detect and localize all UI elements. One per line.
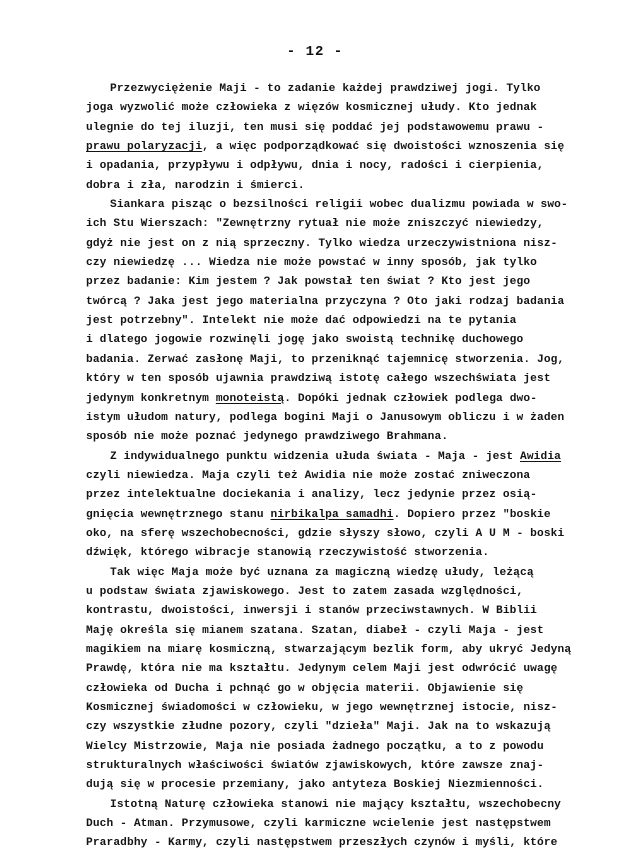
text-run: ulegnie do tej iluzji, ten musi się podd… [86,122,544,134]
text-run: Prawdę, która nie ma kształtu. Jedynym c… [86,663,558,675]
text-run: istym ułudom natury, podlega bogini Maji… [86,412,564,424]
text-run: Maję określa się mianem szatana. Szatan,… [86,625,544,637]
text-line: sposób nie może poznać jedynego prawdziw… [86,428,606,447]
text-line: istym ułudom natury, podlega bogini Maji… [86,409,606,428]
text-line: Praradbhy - Karmy, czyli następstwem prz… [86,834,606,853]
text-run: przez badanie: Kim jestem ? Jak powstał … [86,276,530,288]
text-line: czyli niewiedza. Maja czyli też Awidia n… [86,467,606,486]
text-run: czy wszystkie złudne pozory, czyli "dzie… [86,721,551,733]
text-line: Prawdę, która nie ma kształtu. Jedynym c… [86,660,606,679]
text-line: Istotną Naturę człowieka stanowi nie maj… [86,796,606,815]
text-line: przez badanie: Kim jestem ? Jak powstał … [86,273,606,292]
text-run: oko, na sferę wszechobecności, gdzie sły… [86,528,564,540]
text-run: Praradbhy - Karmy, czyli następstwem prz… [86,837,558,849]
text-line: dźwięk, którego wibracje stanowią rzeczy… [86,544,606,563]
text-run: jedynym konkretnym [86,393,216,405]
text-line: i dlatego jogowie rozwinęli jogę jako sw… [86,331,606,350]
text-line: dują się w procesie przemiany, jako anty… [86,776,606,795]
text-line: magikiem na miarę kosmiczną, stwarzający… [86,641,606,660]
text-line: Wielcy Mistrzowie, Maja nie posiada żadn… [86,738,606,757]
underlined-term: nirbikalpa samadhi [271,509,394,521]
text-line: Z indywidualnego punktu widzenia ułuda ś… [86,448,606,467]
text-line: Siankara pisząc o bezsilności religii wo… [86,196,606,215]
text-run: magikiem na miarę kosmiczną, stwarzający… [86,644,571,656]
text-run: gdyż nie jest on z nią sprzeczny. Tylko … [86,238,558,250]
text-run: gnięcia wewnętrznego stanu [86,509,271,521]
text-run: kontrastu, dwoistości, inwersji i stanów… [86,605,537,617]
text-run: joga wyzwolić może człowieka z więzów ko… [86,102,537,114]
text-run: . Dopiero przez "boskie [394,509,551,521]
text-line: Duch - Atman. Przymusowe, czyli karmiczn… [86,815,606,834]
text-run: czyli niewiedza. Maja czyli też Awidia n… [86,470,530,482]
text-run: czy niewiedzę ... Wiedza nie może powsta… [86,257,537,269]
underlined-term: prawu polaryzacji [86,141,202,153]
text-line: prawu polaryzacji, a więc podporządkować… [86,138,606,157]
text-line: czy wszystkie złudne pozory, czyli "dzie… [86,718,606,737]
text-line: ich Stu Wierszach: "Zewnętrzny rytuał ni… [86,215,606,234]
text-run: Siankara pisząc o bezsilności religii wo… [110,199,568,211]
text-run: Tak więc Maja może być uznana za magiczn… [110,567,534,579]
text-run: Przezwyciężenie Maji - to zadanie każdej… [110,83,541,95]
text-line: który w ten sposób ujawnia prawdziwą ist… [86,370,606,389]
text-line: badania. Zerwać zasłonę Maji, to przenik… [86,351,606,370]
text-line: ulegnie do tej iluzji, ten musi się podd… [86,119,606,138]
text-line: Tak więc Maja może być uznana za magiczn… [86,564,606,583]
text-run: sposób nie może poznać jedynego prawdziw… [86,431,448,443]
text-run: jest potrzebny". Intelekt nie może dać o… [86,315,517,327]
text-run: przez intelektualne dociekania i analizy… [86,489,537,501]
text-run: i opadania, przypływu i odpływu, dnia i … [86,160,544,172]
text-line: człowieka od Ducha i pchnąć go w objęcia… [86,680,606,699]
text-line: czy niewiedzę ... Wiedza nie może powsta… [86,254,606,273]
text-line: strukturalnych właściwości światów zjawi… [86,757,606,776]
text-run: Wielcy Mistrzowie, Maja nie posiada żadn… [86,741,544,753]
text-run: Duch - Atman. Przymusowe, czyli karmiczn… [86,818,551,830]
text-line: u podstaw świata zjawiskowego. Jest to z… [86,583,606,602]
text-run: dźwięk, którego wibracje stanowią rzeczy… [86,547,489,559]
text-line: Kosmicznej świadomości w człowieku, w je… [86,699,606,718]
underlined-term: monoteistą [216,393,284,405]
text-line: gnięcia wewnętrznego stanu nirbikalpa sa… [86,506,606,525]
text-line: i opadania, przypływu i odpływu, dnia i … [86,157,606,176]
text-run: , a więc podporządkować się dwoistości w… [202,141,564,153]
body-text: Przezwyciężenie Maji - to zadanie każdej… [86,80,606,854]
text-line: Maję określa się mianem szatana. Szatan,… [86,622,606,641]
text-run: strukturalnych właściwości światów zjawi… [86,760,544,772]
document-page: - 12 - Przezwyciężenie Maji - to zadanie… [0,0,630,856]
text-run: dują się w procesie przemiany, jako anty… [86,779,544,791]
text-line: twórcą ? Jaka jest jego materialna przyc… [86,293,606,312]
text-run: twórcą ? Jaka jest jego materialna przyc… [86,296,564,308]
text-run: ich Stu Wierszach: "Zewnętrzny rytuał ni… [86,218,544,230]
text-line: dobra i zła, narodzin i śmierci. [86,177,606,196]
text-line: joga wyzwolić może człowieka z więzów ko… [86,99,606,118]
page-number: - 12 - [0,44,630,60]
text-run: u podstaw świata zjawiskowego. Jest to z… [86,586,523,598]
text-line: jedynym konkretnym monoteistą. Dopóki je… [86,390,606,409]
underlined-term: Awidia [520,451,561,463]
text-run: człowieka od Ducha i pchnąć go w objęcia… [86,683,523,695]
text-line: gdyż nie jest on z nią sprzeczny. Tylko … [86,235,606,254]
text-run: dobra i zła, narodzin i śmierci. [86,180,305,192]
text-line: Przezwyciężenie Maji - to zadanie każdej… [86,80,606,99]
text-run: badania. Zerwać zasłonę Maji, to przenik… [86,354,564,366]
text-run: Z indywidualnego punktu widzenia ułuda ś… [110,451,520,463]
text-run: Istotną Naturę człowieka stanowi nie maj… [110,799,561,811]
text-run: . Dopóki jednak człowiek podlega dwo- [284,393,537,405]
text-line: kontrastu, dwoistości, inwersji i stanów… [86,602,606,621]
text-run: i dlatego jogowie rozwinęli jogę jako sw… [86,334,523,346]
text-line: przez intelektualne dociekania i analizy… [86,486,606,505]
text-run: Kosmicznej świadomości w człowieku, w je… [86,702,558,714]
text-line: jest potrzebny". Intelekt nie może dać o… [86,312,606,331]
text-line: oko, na sferę wszechobecności, gdzie sły… [86,525,606,544]
text-run: który w ten sposób ujawnia prawdziwą ist… [86,373,551,385]
